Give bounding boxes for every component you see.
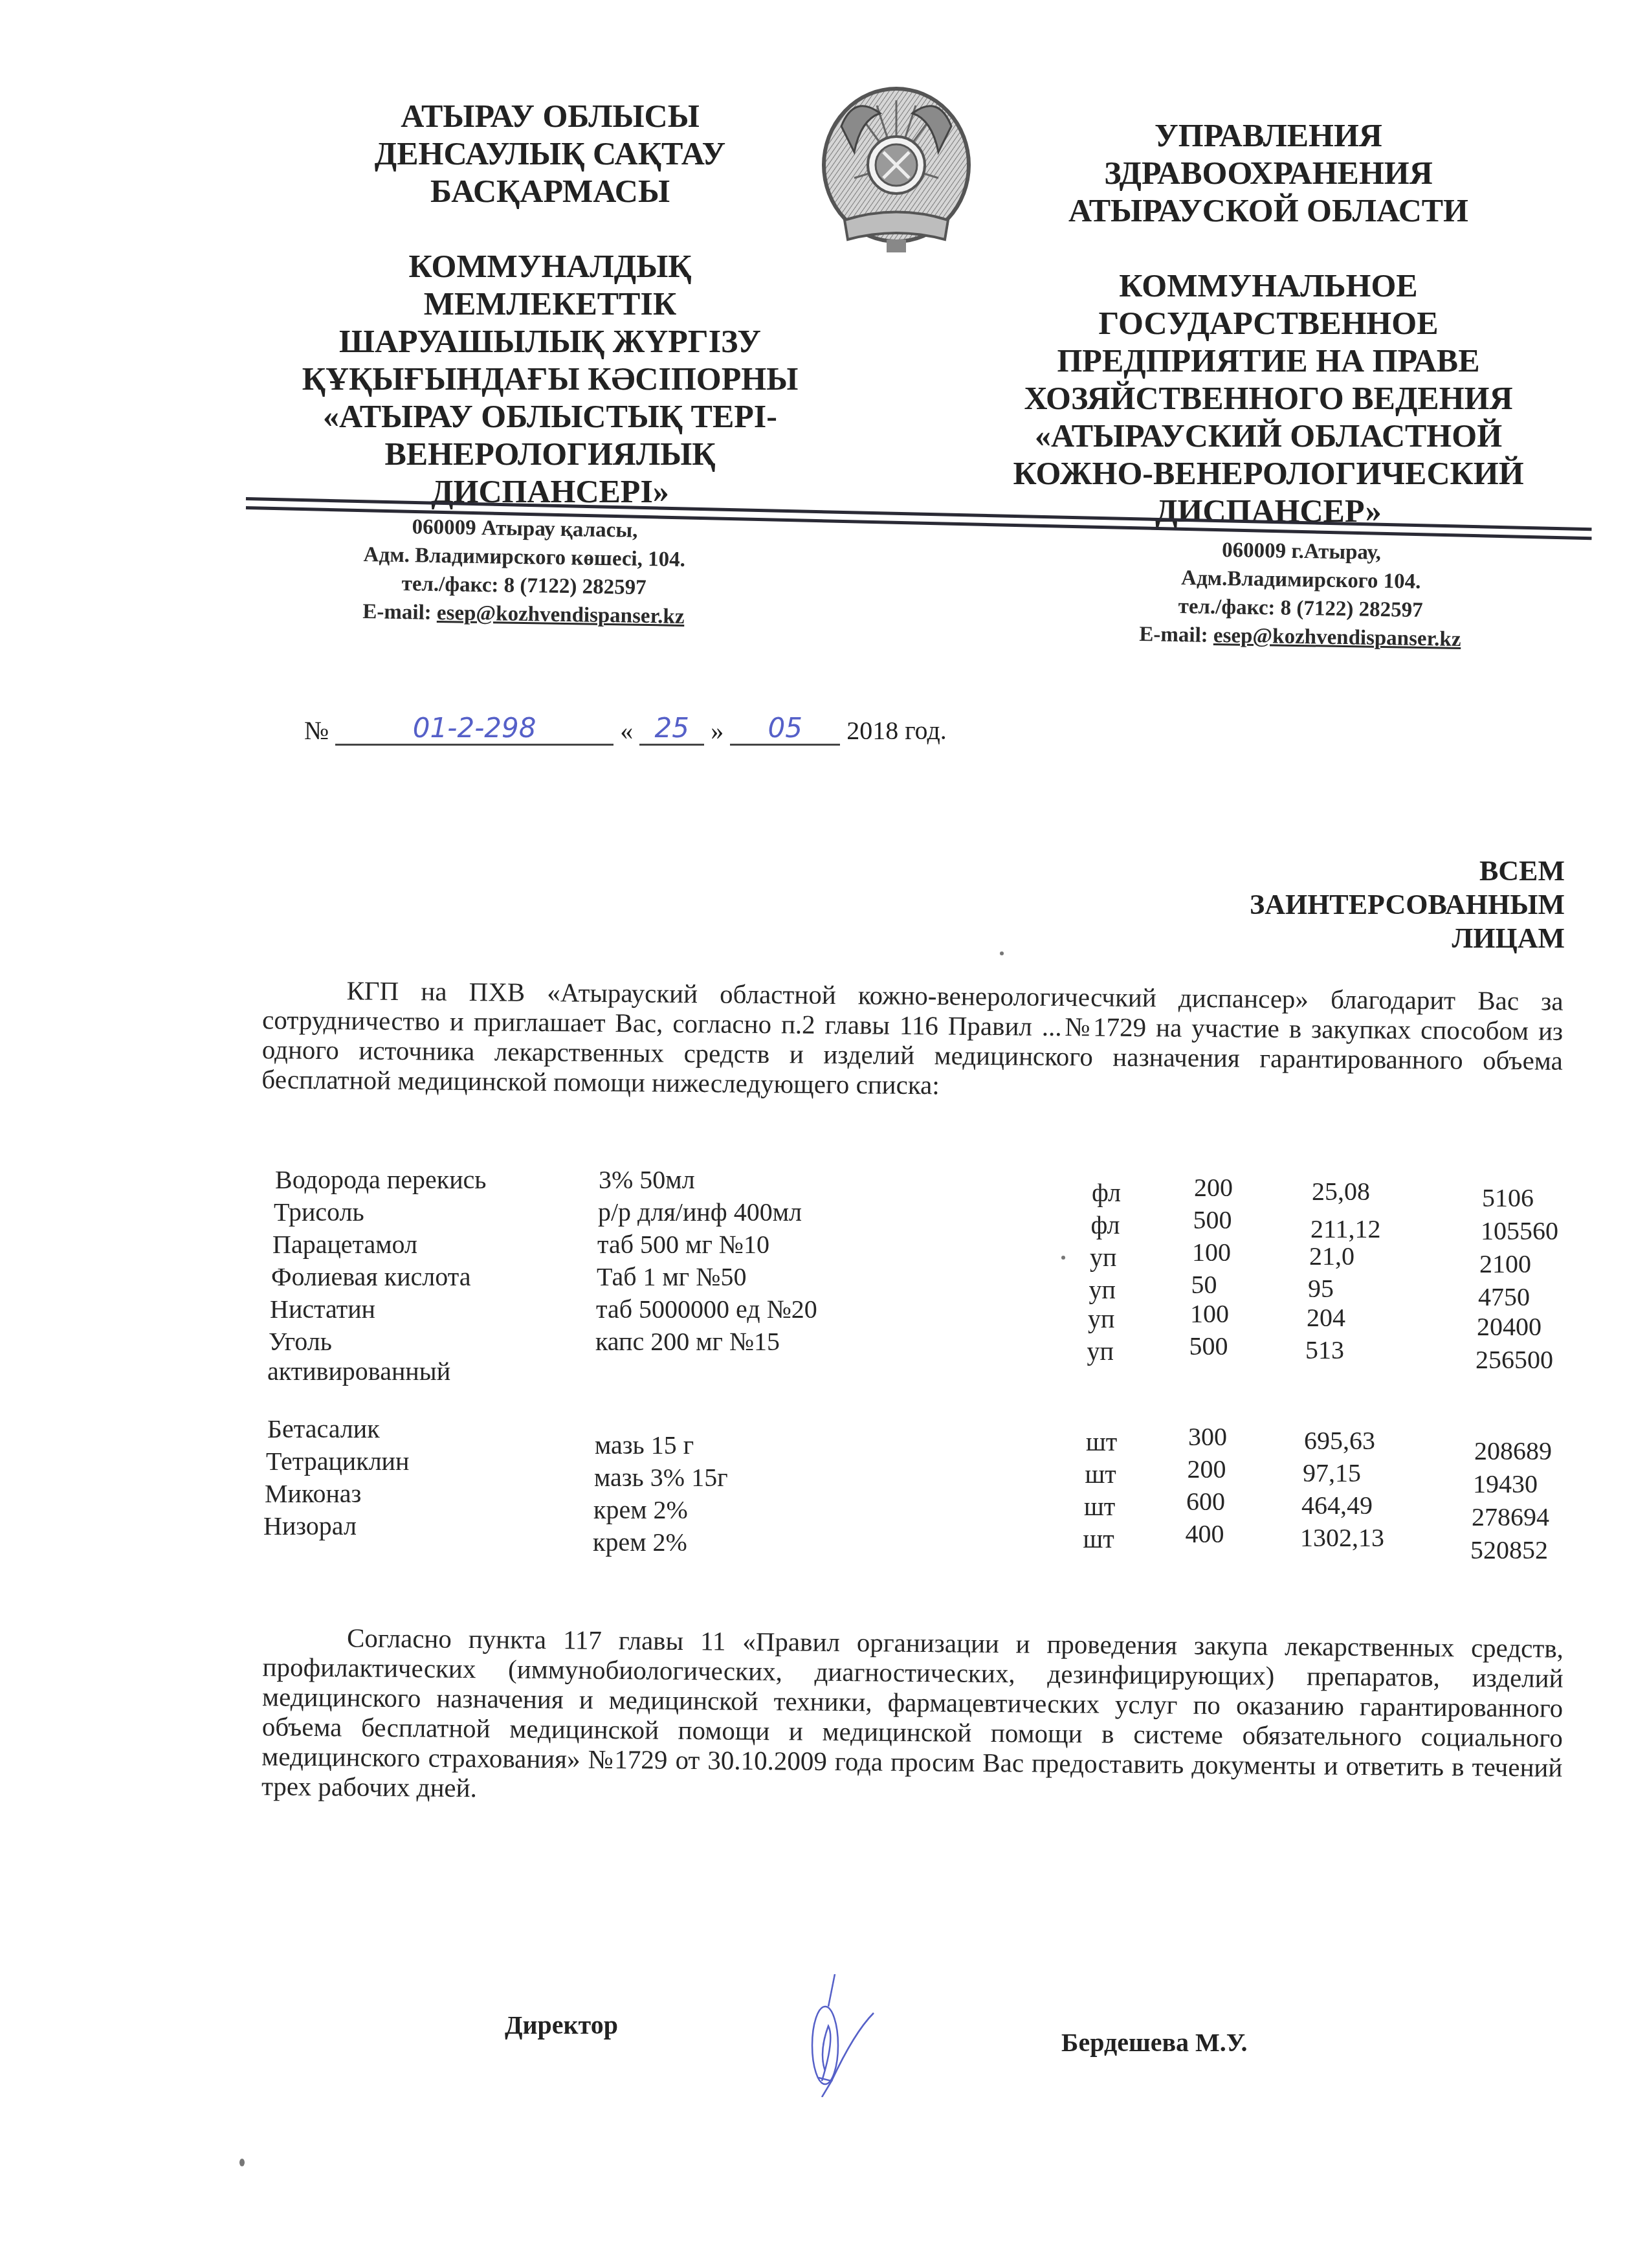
item-sum: 5106 <box>1482 1183 1534 1213</box>
item-unit: фл <box>1091 1210 1120 1240</box>
email-label: E-mail: <box>362 600 437 625</box>
header-line: МЕМЛЕКЕТТІК <box>252 285 848 322</box>
item-sum: 256500 <box>1476 1345 1553 1375</box>
address-block-left: 060009 Атырау қаласы, Адм. Владимирского… <box>278 511 771 632</box>
item-quantity: 100 <box>1192 1238 1231 1267</box>
item-price: 695,63 <box>1304 1426 1375 1456</box>
item-form: капс 200 мг №15 <box>595 1327 780 1357</box>
item-sum: 20400 <box>1477 1312 1542 1342</box>
header-line: ХОЗЯЙСТВЕННОГО ВЕДЕНИЯ <box>984 379 1553 417</box>
signatory-name: Бердешева М.У. <box>1061 2027 1248 2058</box>
intro-text: КГП на ПХВ «Атырауский областной кожно-в… <box>261 975 1564 1100</box>
item-name: Бетасалик <box>267 1414 380 1444</box>
organization-name-kz: КОММУНАЛДЫҚ МЕМЛЕКЕТТІК ШАРУАШЫЛЫҚ ЖҮРГІ… <box>252 247 848 510</box>
item-unit: уп <box>1089 1275 1116 1305</box>
item-unit: уп <box>1090 1243 1116 1273</box>
item-price: 21,0 <box>1309 1241 1354 1271</box>
item-price: 25,08 <box>1312 1177 1370 1206</box>
item-price: 204 <box>1307 1303 1345 1333</box>
header-line: ЗДРАВООХРАНЕНИЯ <box>984 154 1553 192</box>
closing-paragraph: Согласно пункта 117 главы 11 «Правил орг… <box>261 1622 1564 1812</box>
intro-paragraph: КГП на ПХВ «Атырауский областной кожно-в… <box>261 975 1564 1106</box>
item-form: мазь 3% 15г <box>594 1463 728 1493</box>
signoff: Директор Бердешева М.У. <box>505 1974 1346 2104</box>
item-name: Трисоль <box>274 1197 364 1227</box>
date-month: 05 <box>730 712 840 746</box>
item-name: Низорал <box>263 1511 357 1541</box>
registration-line: № 01-2-298 « 25 » 05 2018 год. <box>304 712 1016 751</box>
item-quantity: 50 <box>1191 1270 1217 1300</box>
item-unit: фл <box>1092 1178 1121 1208</box>
item-form: крем 2% <box>593 1528 687 1557</box>
item-form: мазь 15 г <box>595 1430 694 1460</box>
item-quantity: 200 <box>1194 1173 1233 1203</box>
item-form: 3% 50мл <box>599 1165 695 1195</box>
item-price: 464,49 <box>1301 1491 1373 1520</box>
item-price: 513 <box>1305 1335 1344 1365</box>
authority-name-ru: УПРАВЛЕНИЯ ЗДРАВООХРАНЕНИЯ АТЫРАУСКОЙ ОБ… <box>984 117 1553 229</box>
header-right-russian: УПРАВЛЕНИЯ ЗДРАВООХРАНЕНИЯ АТЫРАУСКОЙ ОБ… <box>984 117 1553 529</box>
item-name: Миконаз <box>265 1479 361 1509</box>
item-sum: 520852 <box>1470 1535 1548 1565</box>
item-sum: 4750 <box>1478 1282 1530 1312</box>
addressee-line: ЗАИНТЕРСОВАННЫМ <box>1250 888 1565 922</box>
item-quantity: 500 <box>1193 1205 1232 1235</box>
address-block-right: 060009 г.Атырау, Адм.Владимирского 104. … <box>1048 533 1554 655</box>
header-line: ВЕНЕРОЛОГИЯЛЫҚ <box>252 435 848 472</box>
header-line: КОММУНАЛЬНОЕ <box>984 267 1553 304</box>
item-unit: уп <box>1088 1304 1114 1334</box>
item-price: 211,12 <box>1310 1214 1381 1244</box>
item-unit: шт <box>1083 1524 1114 1554</box>
item-quantity: 100 <box>1190 1299 1229 1329</box>
quote-open: « <box>620 715 633 746</box>
item-name: Фолиевая кислота <box>271 1262 470 1292</box>
item-sum: 208689 <box>1474 1436 1552 1466</box>
header-line: КОММУНАЛДЫҚ <box>252 247 848 285</box>
item-quantity: 300 <box>1188 1422 1227 1452</box>
item-unit: шт <box>1084 1492 1115 1522</box>
header-line: «АТЫРАУСКИЙ ОБЛАСТНОЙ <box>984 417 1553 454</box>
state-emblem-icon <box>815 81 977 256</box>
closing-text: Согласно пункта 117 главы 11 «Правил орг… <box>261 1623 1564 1803</box>
email-link[interactable]: esep@kozhvendispanser.kz <box>1213 624 1461 651</box>
item-sum: 278694 <box>1472 1502 1549 1532</box>
header-line: БАСҚАРМАСЫ <box>252 172 848 210</box>
header-left-kazakh: АТЫРАУ ОБЛЫСЫ ДЕНСАУЛЫҚ САҚТАУ БАСҚАРМАС… <box>252 97 848 510</box>
item-price: 1302,13 <box>1300 1523 1384 1553</box>
authority-name-kz: АТЫРАУ ОБЛЫСЫ ДЕНСАУЛЫҚ САҚТАУ БАСҚАРМАС… <box>252 97 848 210</box>
header-line: АТЫРАУСКОЙ ОБЛАСТИ <box>984 192 1553 229</box>
item-unit: уп <box>1087 1337 1114 1366</box>
header-line: «АТЫРАУ ОБЛЫСТЫҚ ТЕРІ- <box>252 397 848 435</box>
header-line: ДИСПАНСЕР» <box>984 492 1553 529</box>
item-quantity: 500 <box>1189 1331 1228 1361</box>
header-line: АТЫРАУ ОБЛЫСЫ <box>252 97 848 135</box>
signature-icon <box>809 1974 880 2097</box>
item-form: таб 500 мг №10 <box>597 1230 769 1260</box>
outgoing-number: 01-2-298 <box>335 712 613 746</box>
signatory-position: Директор <box>505 2010 618 2040</box>
addressee-line: ЛИЦАМ <box>1250 922 1565 955</box>
email-label: E-mail: <box>1139 623 1213 647</box>
item-sum: 19430 <box>1473 1469 1538 1499</box>
item-unit: шт <box>1085 1460 1116 1489</box>
addressee-line: ВСЕМ <box>1250 854 1565 888</box>
header-line: ГОСУДАРСТВЕННОЕ <box>984 304 1553 342</box>
header-line: ШАРУАШЫЛЫҚ ЖҮРГІЗУ <box>252 322 848 360</box>
organization-name-ru: КОММУНАЛЬНОЕ ГОСУДАРСТВЕННОЕ ПРЕДПРИЯТИЕ… <box>984 267 1553 529</box>
email-link[interactable]: esep@kozhvendispanser.kz <box>437 601 685 628</box>
item-sum: 2100 <box>1479 1249 1531 1279</box>
item-name: Парацетамол <box>272 1230 417 1260</box>
item-quantity: 600 <box>1186 1487 1225 1517</box>
item-name: Водорода перекись <box>275 1165 487 1195</box>
addressee: ВСЕМ ЗАИНТЕРСОВАННЫМ ЛИЦАМ <box>1250 854 1565 955</box>
item-form: р/р для/инф 400мл <box>598 1197 802 1227</box>
item-unit: шт <box>1086 1427 1117 1457</box>
header-line: ПРЕДПРИЯТИЕ НА ПРАВЕ <box>984 342 1553 379</box>
item-sum: 105560 <box>1481 1216 1558 1246</box>
item-quantity: 200 <box>1188 1454 1226 1484</box>
date-year: 2018 год. <box>846 715 947 746</box>
item-price: 95 <box>1308 1274 1334 1304</box>
quote-close: » <box>711 715 724 746</box>
item-name: активированный <box>267 1357 450 1386</box>
item-name: Нистатин <box>270 1295 375 1324</box>
item-name: Уголь <box>269 1327 332 1357</box>
item-form: таб 5000000 ед №20 <box>596 1295 817 1324</box>
item-form: Таб 1 мг №50 <box>597 1262 746 1292</box>
header-line: ҚҰҚЫҒЫНДАҒЫ КӘСІПОРНЫ <box>252 360 848 397</box>
item-form: крем 2% <box>593 1495 688 1525</box>
item-price: 97,15 <box>1303 1458 1361 1488</box>
item-name: Тетрациклин <box>266 1447 409 1476</box>
header-line: ДЕНСАУЛЫҚ САҚТАУ <box>252 135 848 172</box>
header-line: КОЖНО-ВЕНЕРОЛОГИЧЕСКИЙ <box>984 454 1553 492</box>
date-day: 25 <box>639 712 704 746</box>
number-sign: № <box>304 715 329 746</box>
item-quantity: 400 <box>1186 1519 1224 1549</box>
header-line: УПРАВЛЕНИЯ <box>984 117 1553 154</box>
